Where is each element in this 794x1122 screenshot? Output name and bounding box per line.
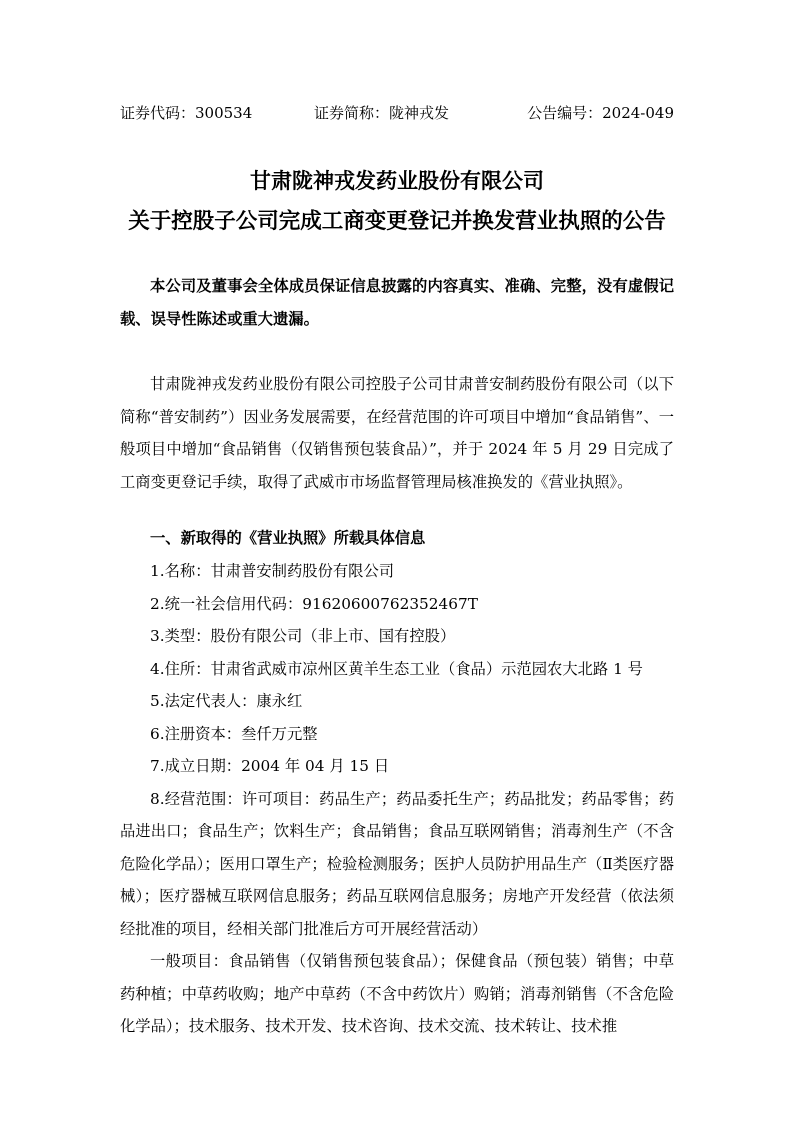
info-item-type: 3.类型：股份有限公司（非上市、国有控股）	[120, 620, 674, 653]
info-item-credit-code: 2.统一社会信用代码：91620600762352467T	[120, 588, 674, 621]
info-item-business-scope-general: 一般项目：食品销售（仅销售预包装食品）；保健食品（预包装）销售；中草药种植；中草…	[120, 945, 674, 1043]
info-item-business-scope-licensed: 8.经营范围：许可项目：药品生产；药品委托生产；药品批发；药品零售；药品进出口；…	[120, 783, 674, 946]
stock-abbreviation: 证券简称：陇神戎发	[314, 101, 449, 125]
company-title: 甘肃陇神戎发药业股份有限公司	[100, 166, 694, 196]
document-page: 证券代码：300534 证券简称：陇神戎发 公告编号：2024-049 甘肃陇神…	[0, 0, 794, 1122]
license-info-list: 1.名称：甘肃普安制药股份有限公司 2.统一社会信用代码：91620600762…	[120, 555, 674, 1043]
announcement-title: 关于控股子公司完成工商变更登记并换发营业执照的公告	[100, 207, 694, 237]
info-item-legal-rep: 5.法定代表人：康永红	[120, 685, 674, 718]
board-statement: 本公司及董事会全体成员保证信息披露的内容真实、准确、完整，没有虚假记载、误导性陈…	[120, 270, 674, 335]
info-item-name: 1.名称：甘肃普安制药股份有限公司	[120, 555, 674, 588]
intro-paragraph: 甘肃陇神戎发药业股份有限公司控股子公司甘肃普安制药股份有限公司（以下简称“普安制…	[120, 368, 674, 498]
info-item-founding-date: 7.成立日期：2004 年 04 月 15 日	[120, 750, 674, 783]
info-item-address: 4.住所：甘肃省武威市凉州区黄羊生态工业（食品）示范园农大北路 1 号	[120, 653, 674, 686]
announcement-number: 公告编号：2024-049	[527, 101, 674, 125]
announcement-header: 证券代码：300534 证券简称：陇神戎发 公告编号：2024-049	[120, 101, 674, 125]
stock-code: 证券代码：300534	[120, 101, 252, 125]
info-item-registered-capital: 6.注册资本：叁仟万元整	[120, 718, 674, 751]
section-heading-license-info: 一、新取得的《营业执照》所载具体信息	[150, 522, 425, 555]
